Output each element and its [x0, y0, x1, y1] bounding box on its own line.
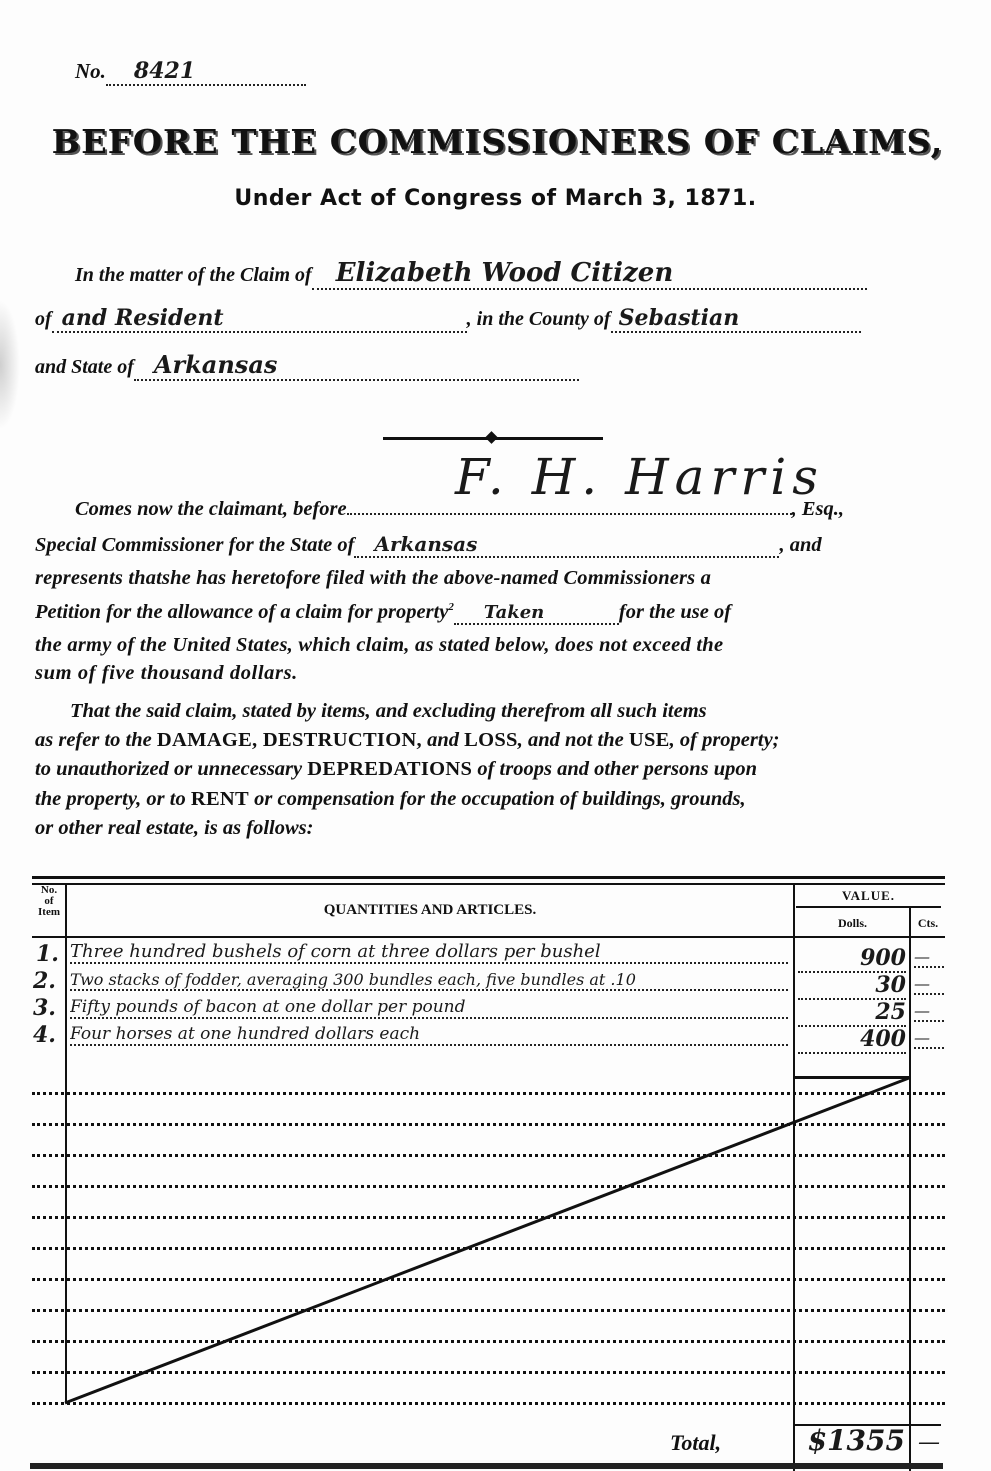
total-dolls: $1355 [790, 1424, 905, 1457]
diagonal-cancel-line [0, 0, 991, 1471]
scan-smudge [0, 300, 20, 430]
total-label: Total, [670, 1430, 721, 1456]
total-cts: — [918, 1430, 940, 1455]
table-bottom-rule [30, 1463, 943, 1469]
